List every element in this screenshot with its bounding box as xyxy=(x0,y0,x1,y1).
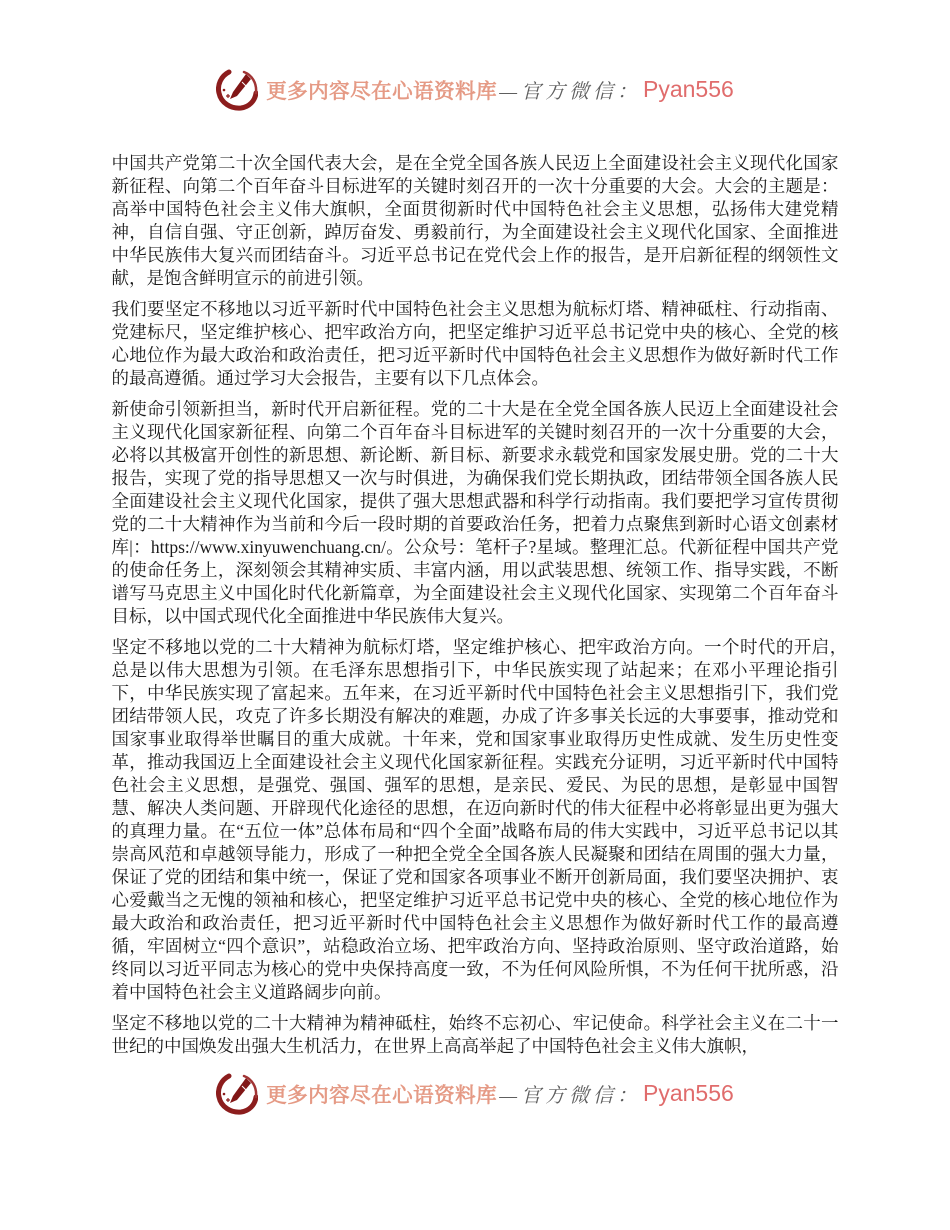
paragraph-1: 中国共产党第二十次全国代表大会，是在全党全国各族人民迈上全面建设社会主义现代化国… xyxy=(112,152,839,290)
banner-brand-text: 更多内容尽在心语资料库 xyxy=(266,74,497,104)
document-page: 更多内容尽在心语资料库 —官方微信： Pyan556 中国共产党第二十次全国代表… xyxy=(0,0,950,1230)
paragraph-4: 坚定不移地以党的二十大精神为航标灯塔，坚定维护核心、把牢政治方向。一个时代的开启… xyxy=(112,636,839,1004)
paragraph-2: 我们要坚定不移地以习近平新时代中国特色社会主义思想为航标灯塔、精神砥柱、行动指南… xyxy=(112,298,839,390)
banner-wechat-label: —官方微信： xyxy=(499,1079,641,1108)
banner-wechat-label: —官方微信： xyxy=(499,75,641,104)
paragraph-5: 坚定不移地以党的二十大精神为精神砥柱，始终不忘初心、牢记使命。科学社会主义在二十… xyxy=(112,1012,839,1058)
banner-wechat-id: Pyan556 xyxy=(643,76,734,103)
banner-wechat-id: Pyan556 xyxy=(643,1080,734,1107)
document-body: 中国共产党第二十次全国代表大会，是在全党全国各族人民迈上全面建设社会主义现代化国… xyxy=(112,152,839,1058)
footer-banner: 更多内容尽在心语资料库 —官方微信： Pyan556 xyxy=(0,1070,950,1116)
brush-pen-logo-icon xyxy=(216,1071,258,1115)
brush-pen-logo-icon xyxy=(216,67,258,111)
banner-brand-text: 更多内容尽在心语资料库 xyxy=(266,1078,497,1108)
header-banner: 更多内容尽在心语资料库 —官方微信： Pyan556 xyxy=(0,0,950,112)
paragraph-3: 新使命引领新担当，新时代开启新征程。党的二十大是在全党全国各族人民迈上全面建设社… xyxy=(112,398,839,628)
